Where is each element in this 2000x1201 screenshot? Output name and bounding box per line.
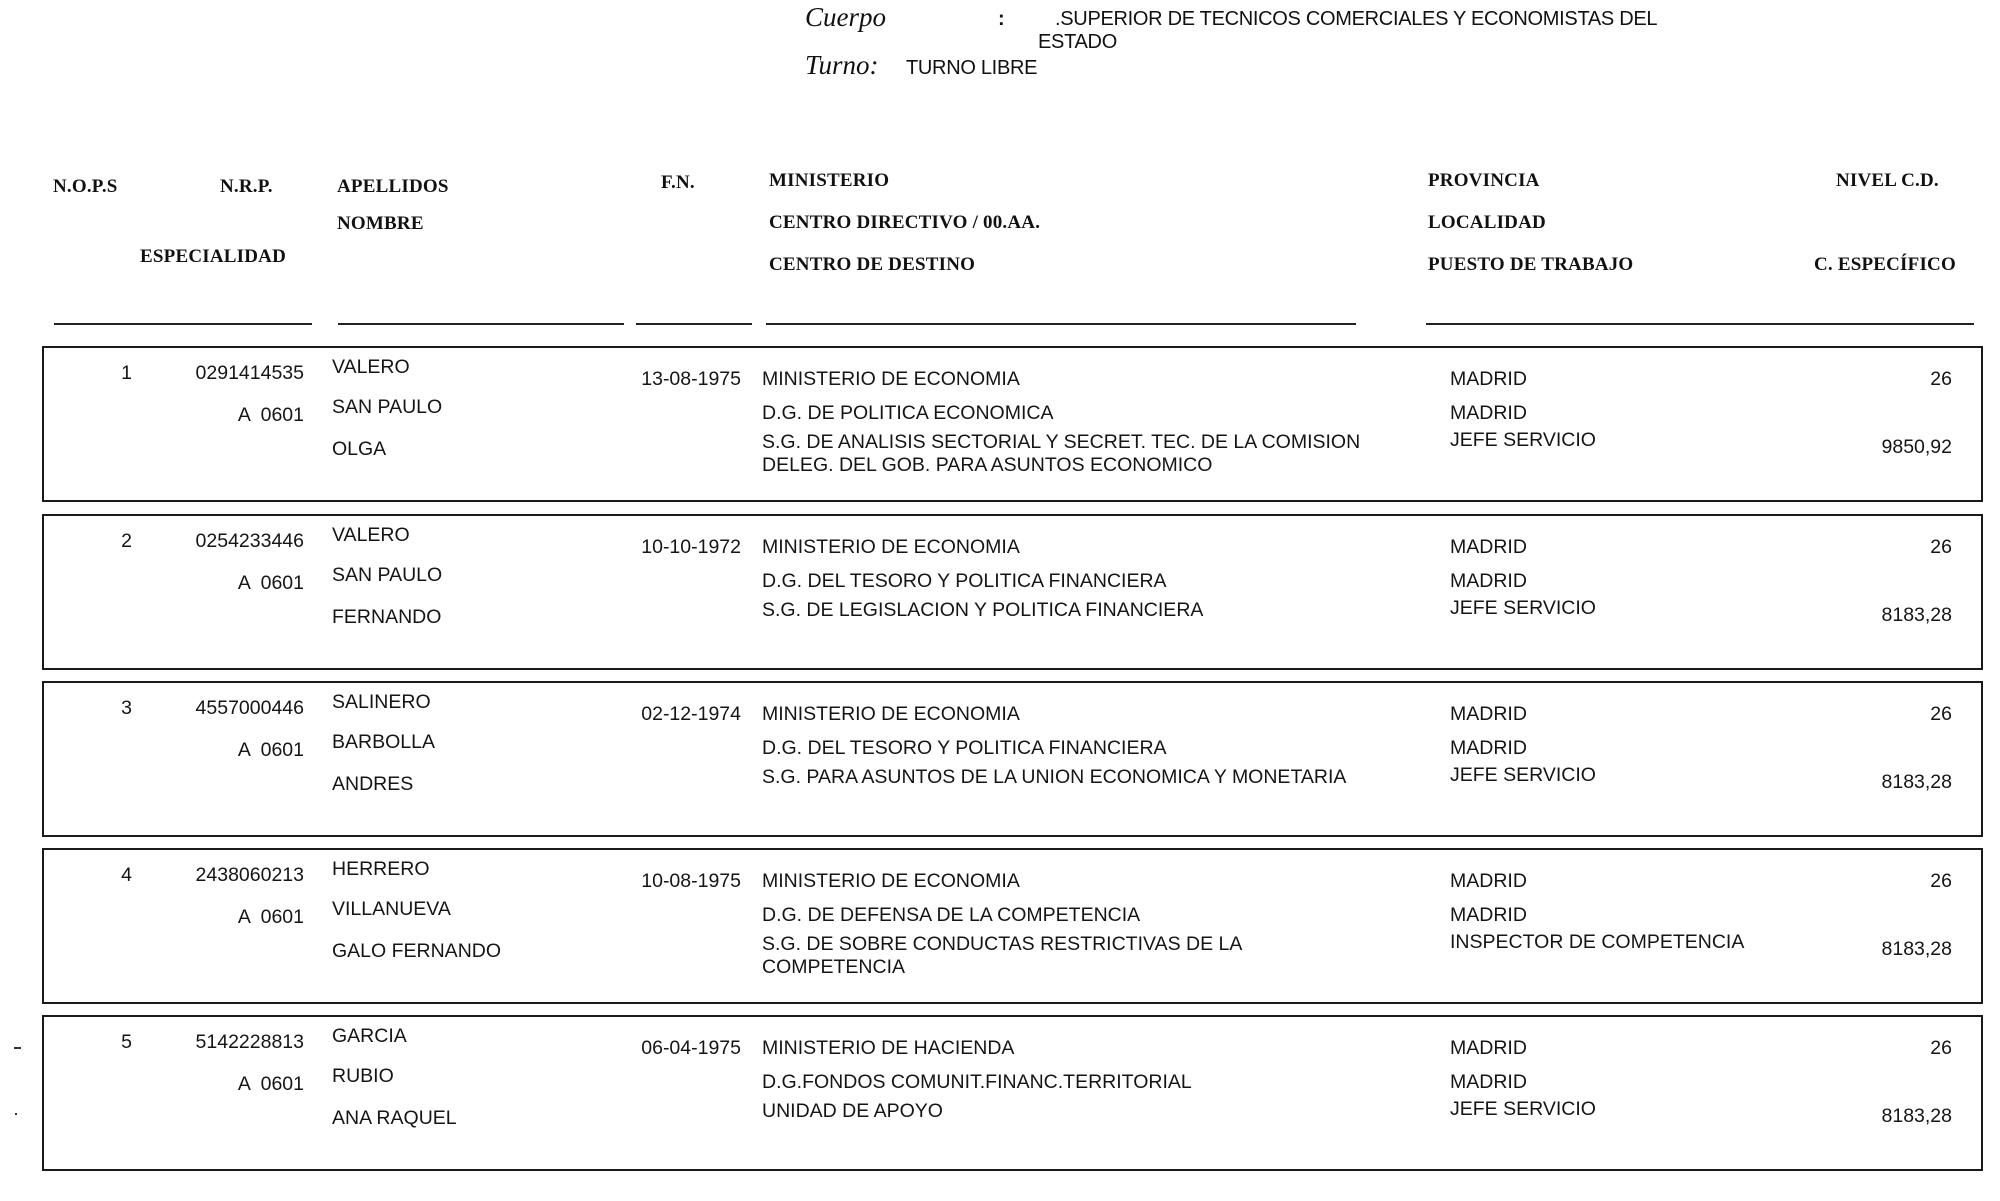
cuerpo-label: Cuerpo <box>805 2 886 33</box>
record-ministerio: MINISTERIO DE ECONOMIA <box>762 536 1020 559</box>
record-box: 4 2438060213 A 0601 HERRERO VILLANUEVA G… <box>42 848 1983 1004</box>
scan-speck <box>14 1047 21 1049</box>
record-provincia: MADRID <box>1450 1037 1527 1060</box>
record-box: 3 4557000446 A 0601 SALINERO BARBOLLA AN… <box>42 681 1983 837</box>
record-fecha-nacimiento: 10-08-1975 <box>604 870 741 893</box>
col-apellidos: APELLIDOS <box>337 176 449 198</box>
scan-speck <box>15 1113 17 1115</box>
record-puesto: JEFE SERVICIO <box>1450 1098 1596 1121</box>
record-centro-destino-1: S.G. DE SOBRE CONDUCTAS RESTRICTIVAS DE … <box>762 933 1242 956</box>
record-nivel: 26 <box>1824 870 1952 893</box>
header-rule <box>766 323 1356 325</box>
record-centro-directivo: D.G. DEL TESORO Y POLITICA FINANCIERA <box>762 570 1167 593</box>
header-rule <box>54 323 312 325</box>
record-localidad: MADRID <box>1450 570 1527 593</box>
record-puesto: JEFE SERVICIO <box>1450 429 1596 452</box>
record-fecha-nacimiento: 02-12-1974 <box>604 703 741 726</box>
record-centro-directivo: D.G.FONDOS COMUNIT.FINANC.TERRITORIAL <box>762 1071 1192 1094</box>
record-puesto: INSPECTOR DE COMPETENCIA <box>1450 931 1744 954</box>
record-apellido2: VILLANUEVA <box>332 898 451 921</box>
record-ministerio: MINISTERIO DE ECONOMIA <box>762 703 1020 726</box>
record-especifico: 8183,28 <box>1824 1105 1952 1128</box>
cuerpo-value-line1: .SUPERIOR DE TECNICOS COMERCIALES Y ECON… <box>1055 8 1657 31</box>
record-nops: 2 <box>44 530 132 553</box>
record-nombre: GALO FERNANDO <box>332 940 501 963</box>
record-puesto: JEFE SERVICIO <box>1450 764 1596 787</box>
cuerpo-separator: : <box>998 8 1004 31</box>
col-especifico: C. ESPECÍFICO <box>1814 254 1956 276</box>
record-apellido2: RUBIO <box>332 1065 394 1088</box>
record-especialidad: A 0601 <box>154 1073 304 1096</box>
header-rule <box>636 323 752 325</box>
col-puesto: PUESTO DE TRABAJO <box>1428 254 1633 276</box>
record-apellido1: SALINERO <box>332 691 431 714</box>
col-centro-destino: CENTRO DE DESTINO <box>769 254 975 276</box>
record-nivel: 26 <box>1824 703 1952 726</box>
col-fn: F.N. <box>661 172 695 194</box>
record-localidad: MADRID <box>1450 402 1527 425</box>
col-especialidad: ESPECIALIDAD <box>140 246 286 268</box>
record-especifico: 9850,92 <box>1824 436 1952 459</box>
record-especialidad: A 0601 <box>154 404 304 427</box>
col-centro-directivo: CENTRO DIRECTIVO / 00.AA. <box>769 212 1040 234</box>
cuerpo-value-line2: ESTADO <box>1038 31 1117 54</box>
record-apellido1: HERRERO <box>332 858 430 881</box>
record-fecha-nacimiento: 13-08-1975 <box>604 368 741 391</box>
record-ministerio: MINISTERIO DE ECONOMIA <box>762 870 1020 893</box>
record-centro-destino-2: DELEG. DEL GOB. PARA ASUNTOS ECONOMICO <box>762 454 1212 477</box>
record-apellido1: VALERO <box>332 524 410 547</box>
record-nombre: ANDRES <box>332 773 413 796</box>
turno-value: TURNO LIBRE <box>906 57 1037 80</box>
record-nivel: 26 <box>1824 368 1952 391</box>
record-ministerio: MINISTERIO DE HACIENDA <box>762 1037 1014 1060</box>
record-box: 1 0291414535 A 0601 VALERO SAN PAULO OLG… <box>42 346 1983 502</box>
col-localidad: LOCALIDAD <box>1428 212 1546 234</box>
col-provincia: PROVINCIA <box>1428 170 1540 192</box>
record-nrp: 4557000446 <box>154 697 304 720</box>
record-fecha-nacimiento: 06-04-1975 <box>604 1037 741 1060</box>
record-ministerio: MINISTERIO DE ECONOMIA <box>762 368 1020 391</box>
record-apellido1: GARCIA <box>332 1025 407 1048</box>
turno-label: Turno: <box>805 50 879 81</box>
record-especialidad: A 0601 <box>154 572 304 595</box>
header-rule <box>1426 323 1974 325</box>
record-localidad: MADRID <box>1450 904 1527 927</box>
record-provincia: MADRID <box>1450 536 1527 559</box>
record-especifico: 8183,28 <box>1824 771 1952 794</box>
record-nops: 5 <box>44 1031 132 1054</box>
header-rule <box>338 323 624 325</box>
record-centro-directivo: D.G. DE DEFENSA DE LA COMPETENCIA <box>762 904 1140 927</box>
record-especialidad: A 0601 <box>154 906 304 929</box>
record-centro-destino-1: S.G. DE LEGISLACION Y POLITICA FINANCIER… <box>762 599 1203 622</box>
record-centro-destino-1: S.G. DE ANALISIS SECTORIAL Y SECRET. TEC… <box>762 431 1360 454</box>
record-provincia: MADRID <box>1450 703 1527 726</box>
record-provincia: MADRID <box>1450 870 1527 893</box>
record-nombre: ANA RAQUEL <box>332 1107 457 1130</box>
record-centro-destino-2: COMPETENCIA <box>762 956 905 979</box>
record-provincia: MADRID <box>1450 368 1527 391</box>
record-centro-destino-1: UNIDAD DE APOYO <box>762 1100 943 1123</box>
record-nops: 1 <box>44 362 132 385</box>
record-centro-destino-1: S.G. PARA ASUNTOS DE LA UNION ECONOMICA … <box>762 766 1346 789</box>
col-nrp: N.R.P. <box>220 176 273 198</box>
record-apellido1: VALERO <box>332 356 410 379</box>
record-centro-directivo: D.G. DEL TESORO Y POLITICA FINANCIERA <box>762 737 1167 760</box>
record-box: 2 0254233446 A 0601 VALERO SAN PAULO FER… <box>42 514 1983 670</box>
record-localidad: MADRID <box>1450 737 1527 760</box>
record-nivel: 26 <box>1824 1037 1952 1060</box>
record-nombre: FERNANDO <box>332 606 441 629</box>
record-localidad: MADRID <box>1450 1071 1527 1094</box>
record-nombre: OLGA <box>332 438 386 461</box>
record-nops: 3 <box>44 697 132 720</box>
record-apellido2: SAN PAULO <box>332 564 442 587</box>
record-nrp: 2438060213 <box>154 864 304 887</box>
record-especifico: 8183,28 <box>1824 938 1952 961</box>
col-nops: N.O.P.S <box>53 176 118 198</box>
record-nrp: 0291414535 <box>154 362 304 385</box>
record-box: 5 5142228813 A 0601 GARCIA RUBIO ANA RAQ… <box>42 1015 1983 1171</box>
record-nrp: 5142228813 <box>154 1031 304 1054</box>
record-apellido2: SAN PAULO <box>332 396 442 419</box>
record-puesto: JEFE SERVICIO <box>1450 597 1596 620</box>
record-especialidad: A 0601 <box>154 739 304 762</box>
record-centro-directivo: D.G. DE POLITICA ECONOMICA <box>762 402 1053 425</box>
record-especifico: 8183,28 <box>1824 604 1952 627</box>
record-nivel: 26 <box>1824 536 1952 559</box>
record-fecha-nacimiento: 10-10-1972 <box>604 536 741 559</box>
record-nops: 4 <box>44 864 132 887</box>
col-nivel: NIVEL C.D. <box>1836 170 1939 192</box>
col-ministerio: MINISTERIO <box>769 170 889 192</box>
record-apellido2: BARBOLLA <box>332 731 435 754</box>
record-nrp: 0254233446 <box>154 530 304 553</box>
col-nombre: NOMBRE <box>337 213 424 235</box>
